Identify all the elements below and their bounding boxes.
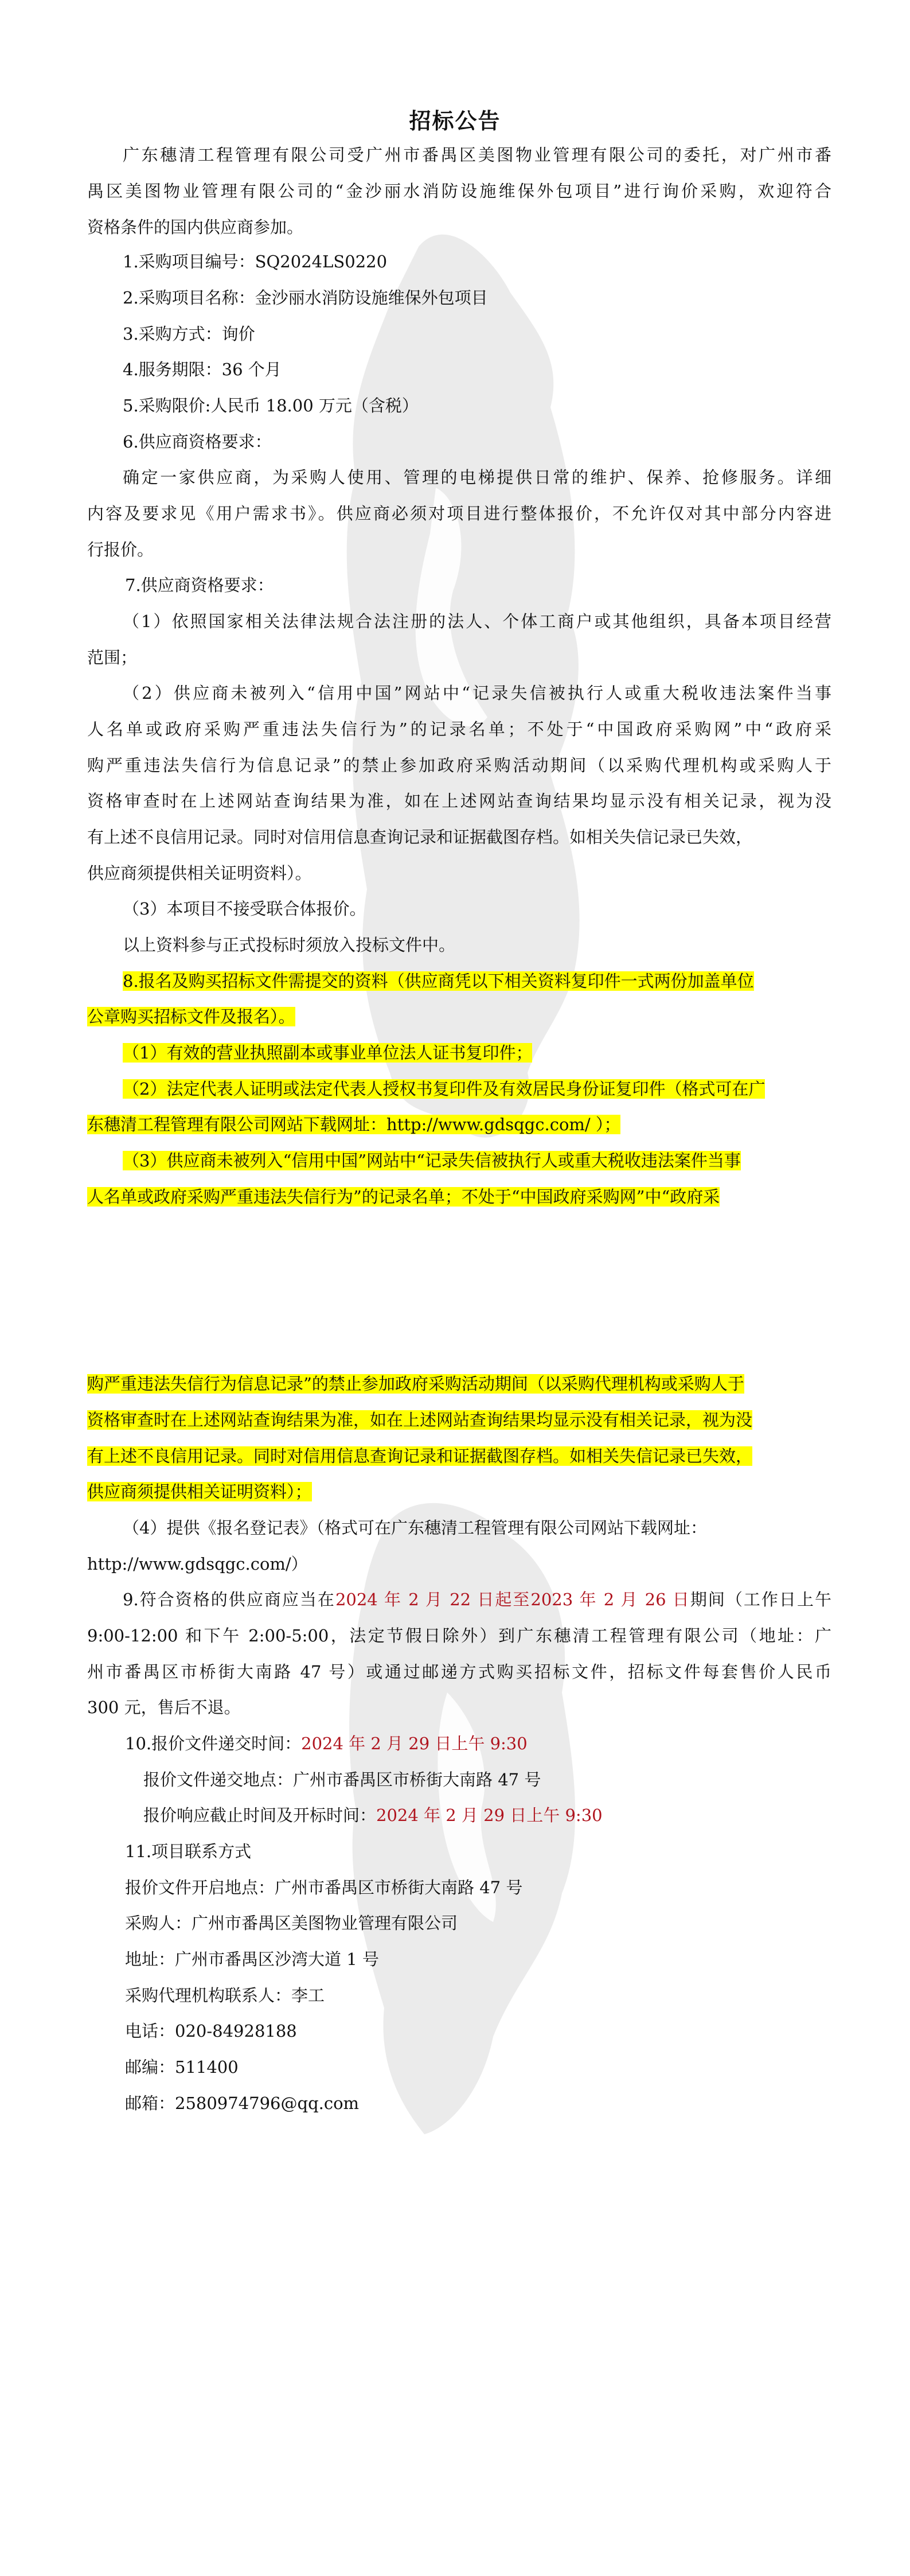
req6-line-3: 行报价。 bbox=[87, 537, 833, 562]
req7-2-line-4: 资格审查时在上述网站查询结果为准，如在上述网站查询结果均显示没有相关记录，视为没 bbox=[87, 788, 831, 814]
section10-submit-time: 10.报价文件递交时间：2024 年 2 月 29 日上午 9:30 bbox=[125, 1731, 870, 1756]
req7-1-line-1: （1）依照国家相关法律法规合法注册的法人、个体工商户或其他组织，具备本项目经营 bbox=[123, 609, 831, 634]
section8-item4-line-2: http://www.gdsqgc.com/） bbox=[87, 1551, 833, 1577]
service-period: 4.服务期限：36 个月 bbox=[123, 357, 868, 382]
req7-2-line-6: 供应商须提供相关证明资料）。 bbox=[87, 861, 833, 886]
phone: 电话：020-84928188 bbox=[125, 2018, 870, 2044]
section9-prefix: 9.符合资格的供应商应当在 bbox=[123, 1590, 335, 1609]
highlight: 公章购买招标文件及报名）。 bbox=[87, 1007, 295, 1026]
open-place: 报价文件开启地点：广州市番禺区市桥街大南路 47 号 bbox=[125, 1875, 870, 1900]
section9-suffix: 期间（工作日上午 bbox=[690, 1590, 831, 1609]
section8-item3-line-3: 购严重违法失信行为信息记录”的禁止参加政府采购活动期间（以采购代理机构或采购人于 bbox=[87, 1371, 833, 1396]
req7-3: （3）本项目不接受联合体报价。 bbox=[123, 896, 868, 921]
submit-time-value: 2024 年 2 月 29 日上午 9:30 bbox=[301, 1734, 528, 1753]
highlight: （2）法定代表人证明或法定代表人授权书复印件及有效居民身份证复印件（格式可在广 bbox=[123, 1079, 765, 1099]
page-title: 招标公告 bbox=[0, 103, 910, 135]
address: 地址：广州市番禺区沙湾大道 1 号 bbox=[125, 1947, 870, 1972]
req7-heading: 7.供应商资格要求： bbox=[125, 573, 870, 598]
highlight: 8.报名及购买招标文件需提交的资料（供应商凭以下相关资料复印件一式两份加盖单位 bbox=[123, 971, 754, 991]
price-limit: 5.采购限价:人民币 18.00 万元（含税） bbox=[123, 393, 868, 418]
agent-contact: 采购代理机构联系人：李工 bbox=[125, 1983, 870, 2008]
highlight: （1）有效的营业执照副本或事业单位法人证书复印件； bbox=[123, 1043, 532, 1063]
req7-note: 以上资料参与正式投标时须放入投标文件中。 bbox=[123, 932, 868, 958]
intro-line-3: 资格条件的国内供应商参加。 bbox=[87, 215, 833, 240]
highlight: 资格审查时在上述网站查询结果为准，如在上述网站查询结果均显示没有相关记录，视为没 bbox=[87, 1410, 752, 1430]
submit-time-label: 10.报价文件递交时间： bbox=[125, 1734, 301, 1753]
project-number: 1.采购项目编号：SQ2024LS0220 bbox=[123, 249, 868, 274]
req7-2-line-1: （2）供应商未被列入“信用中国”网站中“记录失信被执行人或重大税收违法案件当事 bbox=[123, 680, 831, 706]
section8-heading-line-1: 8.报名及购买招标文件需提交的资料（供应商凭以下相关资料复印件一式两份加盖单位 bbox=[123, 968, 868, 994]
req7-2-line-2: 人名单或政府采购严重违法失信行为”的记录名单；不处于“中国政府采购网”中“政府采 bbox=[87, 717, 831, 742]
section8-item2-line-2: 东穗清工程管理有限公司网站下载网址：http://www.gdsqgc.com/… bbox=[87, 1112, 833, 1137]
req7-1-line-2: 范围； bbox=[87, 645, 833, 670]
intro-line-1: 广东穗清工程管理有限公司受广州市番禺区美图物业管理有限公司的委托，对广州市番 bbox=[123, 142, 831, 168]
highlight: 供应商须提供相关证明资料）； bbox=[87, 1482, 312, 1501]
section8-item3-line-6: 供应商须提供相关证明资料）； bbox=[87, 1479, 833, 1504]
section8-item3-line-2: 人名单或政府采购严重违法失信行为”的记录名单；不处于“中国政府采购网”中“政府采 bbox=[87, 1184, 833, 1209]
section10-deadline: 报价响应截止时间及开标时间：2024 年 2 月 29 日上午 9:30 bbox=[143, 1803, 889, 1828]
registration-start-date: 2024 年 2 月 22 日 bbox=[335, 1590, 495, 1609]
section8-item3-line-1: （3）供应商未被列入“信用中国”网站中“记录失信被执行人或重大税收违法案件当事 bbox=[123, 1148, 868, 1173]
project-name: 2.采购项目名称：金沙丽水消防设施维保外包项目 bbox=[123, 285, 868, 310]
highlight: 购严重违法失信行为信息记录”的禁止参加政府采购活动期间（以采购代理机构或采购人于 bbox=[87, 1374, 744, 1394]
section8-item3-line-4: 资格审查时在上述网站查询结果为准，如在上述网站查询结果均显示没有相关记录，视为没 bbox=[87, 1407, 833, 1433]
deadline-label: 报价响应截止时间及开标时间： bbox=[143, 1805, 376, 1825]
highlight: （3）供应商未被列入“信用中国”网站中“记录失信被执行人或重大税收违法案件当事 bbox=[123, 1151, 741, 1170]
deadline-value: 2024 年 2 月 29 日上午 9:30 bbox=[376, 1805, 603, 1825]
section9-line-3: 州市番禺区市桥街大南路 47 号）或通过邮递方式购买招标文件，招标文件每套售价人… bbox=[87, 1659, 831, 1684]
postcode: 邮编：511400 bbox=[125, 2054, 870, 2080]
section8-heading-line-2: 公章购买招标文件及报名）。 bbox=[87, 1004, 833, 1029]
section9-line-4: 300 元，售后不退。 bbox=[87, 1695, 833, 1720]
req7-2-line-5: 有上述不良信用记录。同时对信用信息查询记录和证据截图存档。如相关失信记录已失效， bbox=[87, 824, 833, 850]
section8-item4-line-1: （4）提供《报名登记表》（格式可在广东穗清工程管理有限公司网站下载网址： bbox=[123, 1515, 868, 1540]
email: 邮箱：2580974796@qq.com bbox=[125, 2091, 870, 2116]
registration-end-date: 2023 年 2 月 26 日 bbox=[530, 1590, 690, 1609]
req6-line-2: 内容及要求见《用户需求书》。供应商必须对项目进行整体报价，不允许仅对其中部分内容… bbox=[87, 501, 831, 526]
req6-heading: 6.供应商资格要求： bbox=[123, 429, 868, 454]
highlight: 有上述不良信用记录。同时对信用信息查询记录和证据截图存档。如相关失信记录已失效， bbox=[87, 1446, 752, 1466]
req6-line-1: 确定一家供应商，为采购人使用、管理的电梯提供日常的维护、保养、抢修服务。详细 bbox=[123, 465, 831, 490]
highlight: 人名单或政府采购严重违法失信行为”的记录名单；不处于“中国政府采购网”中“政府采 bbox=[87, 1187, 720, 1207]
section9-line-1: 9.符合资格的供应商应当在2024 年 2 月 22 日起至2023 年 2 月… bbox=[123, 1587, 831, 1612]
highlight: 东穗清工程管理有限公司网站下载网址：http://www.gdsqgc.com/… bbox=[87, 1115, 620, 1134]
intro-line-2: 禺区美图物业管理有限公司的“金沙丽水消防设施维保外包项目”进行询价采购，欢迎符合 bbox=[87, 178, 831, 204]
procurement-method: 3.采购方式：询价 bbox=[123, 321, 868, 347]
section10-submit-place: 报价文件递交地点：广州市番禺区市桥街大南路 47 号 bbox=[143, 1767, 889, 1792]
section8-item1: （1）有效的营业执照副本或事业单位法人证书复印件； bbox=[123, 1040, 868, 1065]
section8-item2-line-1: （2）法定代表人证明或法定代表人授权书复印件及有效居民身份证复印件（格式可在广 bbox=[123, 1076, 868, 1102]
section8-item3-line-5: 有上述不良信用记录。同时对信用信息查询记录和证据截图存档。如相关失信记录已失效， bbox=[87, 1443, 833, 1469]
section9-line-2: 9:00-12:00 和下午 2:00-5:00，法定节假日除外）到广东穗清工程… bbox=[87, 1623, 831, 1648]
section9-mid: 起至 bbox=[495, 1590, 530, 1609]
req7-2-line-3: 购严重违法失信行为信息记录”的禁止参加政府采购活动期间（以采购代理机构或采购人于 bbox=[87, 753, 831, 778]
purchaser: 采购人：广州市番禺区美图物业管理有限公司 bbox=[125, 1910, 870, 1936]
section11-heading: 11.项目联系方式 bbox=[125, 1839, 870, 1864]
